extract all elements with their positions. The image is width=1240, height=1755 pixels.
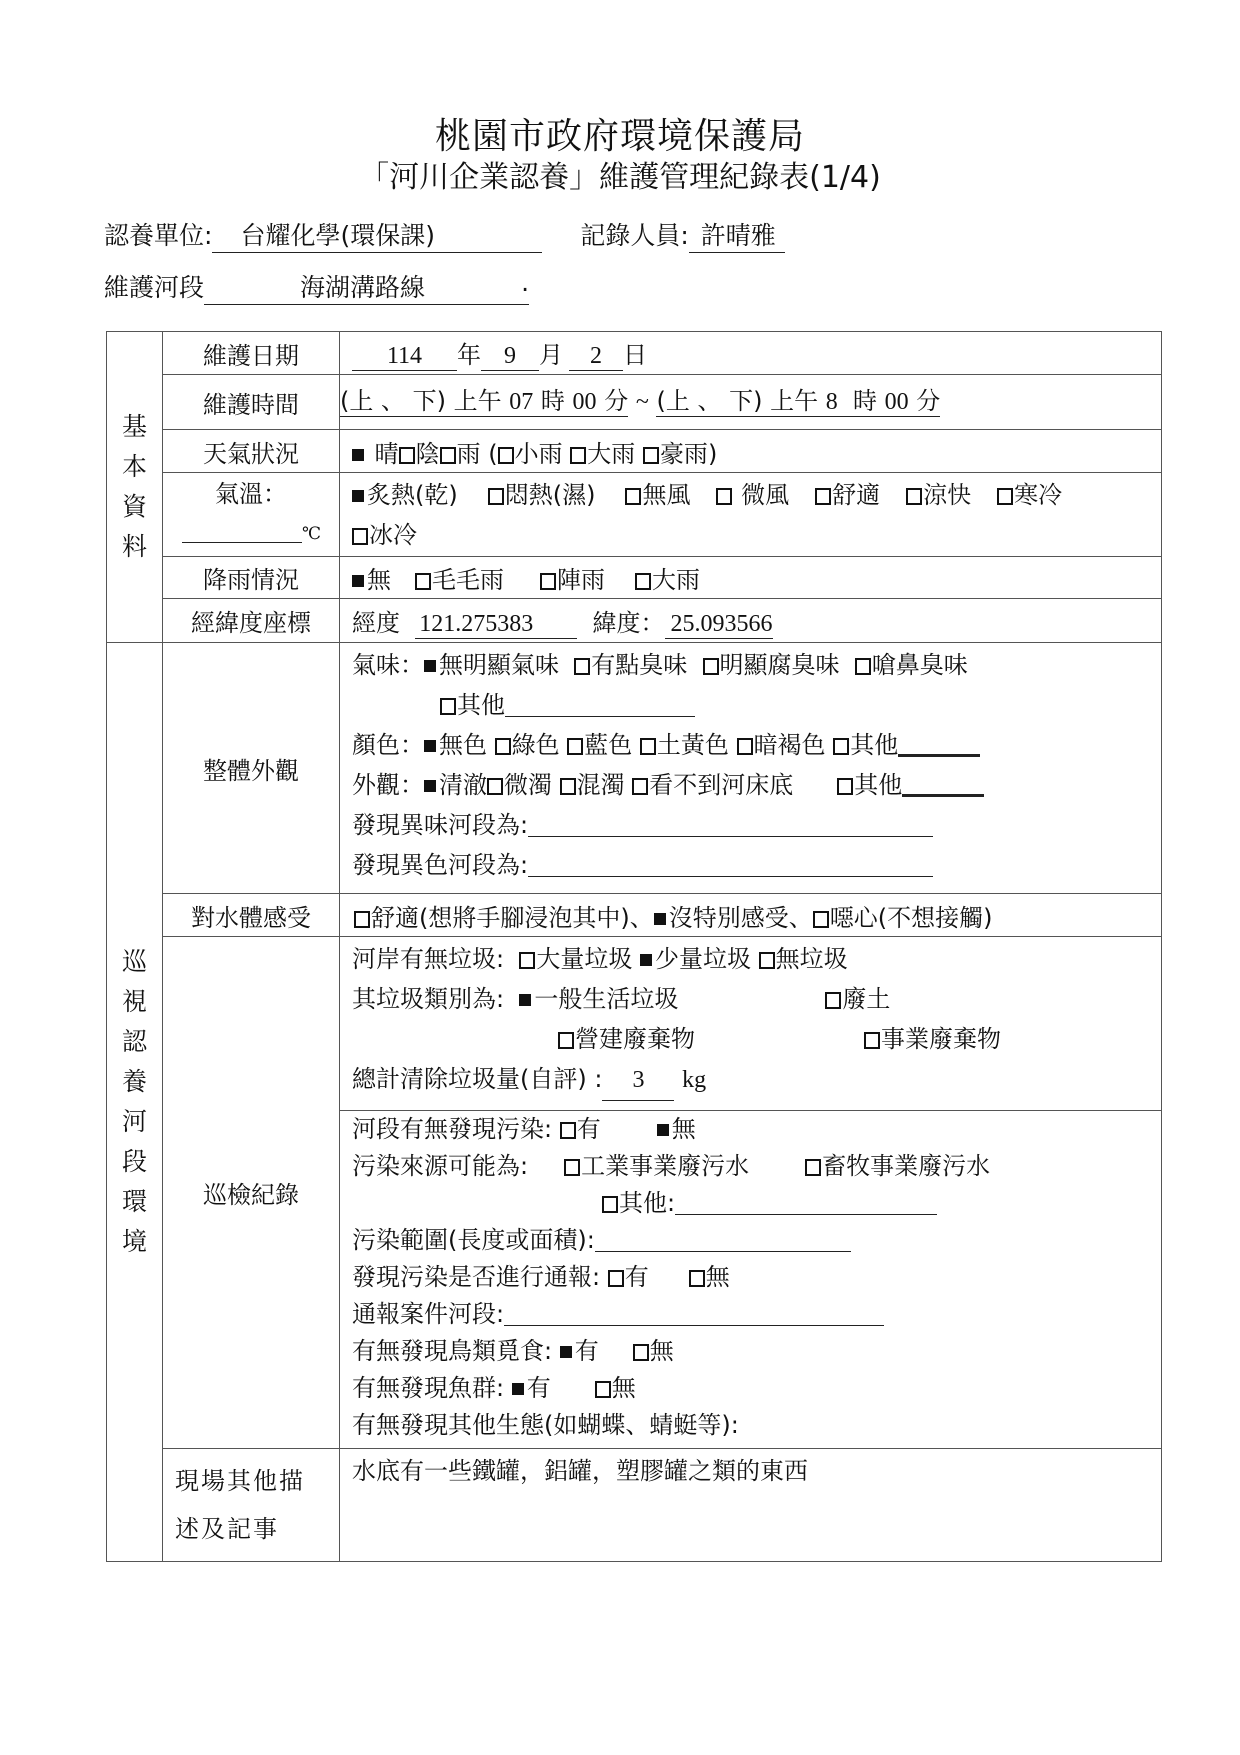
text-label: 毛毛雨 bbox=[432, 566, 504, 594]
checkbox-checked-icon bbox=[352, 490, 364, 502]
latitude-field[interactable]: 25.093566 bbox=[665, 611, 773, 639]
other-eco-label: 有無發現其他生態(如蝴蝶、蜻蜓等): bbox=[352, 1411, 739, 1439]
layout-element: 河段有無發現污染: 有無 bbox=[352, 1111, 1149, 1148]
text-label: 外觀： bbox=[352, 771, 424, 799]
layout-element: 其他: bbox=[352, 1185, 1149, 1222]
look-other[interactable]: 其他 bbox=[837, 771, 902, 799]
report-section-input[interactable] bbox=[504, 1299, 884, 1326]
checkbox-unchecked-icon bbox=[564, 1159, 580, 1176]
checkbox-unchecked-icon bbox=[633, 1344, 649, 1361]
text-label: 綠色 bbox=[512, 731, 560, 759]
text-label: 有無發現鳥類覓食: bbox=[352, 1337, 552, 1365]
rain-none[interactable]: 無 bbox=[352, 566, 391, 594]
text-label: 無 bbox=[706, 1263, 730, 1291]
text-label: 料 bbox=[119, 527, 150, 567]
layout-element: 發現污染是否進行通報: 有無 bbox=[352, 1259, 1149, 1296]
text-label: 年 bbox=[457, 341, 481, 369]
checkbox-unchecked-icon bbox=[640, 738, 656, 755]
text-label: 月 bbox=[539, 341, 563, 369]
text-label: 日 bbox=[623, 341, 647, 369]
pollution-no[interactable]: 無 bbox=[657, 1115, 696, 1143]
text-label: 混濁 bbox=[577, 771, 625, 799]
text-label: 境 bbox=[119, 1222, 150, 1262]
unit-label: 認養單位: bbox=[104, 221, 212, 250]
text-label: 營建廢棄物 bbox=[575, 1025, 695, 1053]
text-label: 事業廢棄物 bbox=[881, 1025, 1001, 1053]
text-label: ~ bbox=[636, 389, 649, 415]
checkbox-unchecked-icon bbox=[833, 738, 849, 755]
color-green[interactable]: 綠色 bbox=[495, 731, 560, 759]
report-yes[interactable]: 有 bbox=[608, 1263, 649, 1291]
fish-no[interactable]: 無 bbox=[595, 1374, 636, 1402]
text-label: 其他 bbox=[850, 731, 898, 759]
layout-element: 炙熱(乾)悶熱(濕)無風 微風舒適涼快寒冷 bbox=[352, 475, 1149, 515]
patrol-group-label: 巡視認養河段環境 bbox=[107, 643, 163, 1562]
text-label: 有 bbox=[625, 1263, 649, 1291]
checkbox-unchecked bbox=[440, 447, 456, 464]
layout-element: 發現異味河段為: bbox=[352, 805, 1149, 845]
river-section-label: 維護河段 bbox=[104, 273, 204, 302]
rain-drizzle[interactable]: 毛毛雨 bbox=[415, 566, 504, 594]
text-label: 發現異味河段為: bbox=[352, 811, 528, 839]
text-label[interactable]: 114 bbox=[352, 343, 457, 371]
text-label: 海湖溝路線 bbox=[300, 273, 425, 302]
checkbox-unchecked bbox=[399, 447, 415, 464]
text-label: 有無發現魚群: bbox=[352, 1374, 504, 1402]
checkbox-checked-icon bbox=[352, 575, 364, 587]
text-label: 基 bbox=[119, 407, 150, 447]
look-other-input[interactable] bbox=[902, 768, 984, 797]
color-other-input[interactable] bbox=[898, 728, 980, 757]
appearance-label: 整體外觀 bbox=[163, 643, 340, 894]
text-label: ( bbox=[488, 440, 497, 468]
text-label: 無明顯氣味 bbox=[439, 651, 559, 679]
text-label: 冰冷 bbox=[369, 521, 417, 549]
checkbox-unchecked-icon bbox=[519, 952, 535, 969]
text-label: 時 bbox=[541, 387, 565, 415]
temp-cold[interactable]: 寒冷 bbox=[997, 481, 1062, 509]
temp-muggy[interactable]: 悶熱(濕) bbox=[488, 481, 596, 509]
text-label: (上 、 下) 上午 bbox=[656, 387, 818, 415]
checkbox-checked-icon bbox=[657, 1124, 669, 1136]
checkbox-unchecked-icon bbox=[716, 488, 732, 505]
weather-options: 晴陰雨 (小雨 大雨 豪雨) bbox=[340, 430, 1162, 473]
checkbox-unchecked-icon bbox=[635, 573, 651, 590]
temperature-label: 氣溫： ℃ bbox=[163, 473, 340, 557]
layout-element: 污染來源可能為:工業事業廢污水畜牧事業廢污水 bbox=[352, 1148, 1149, 1185]
text-label: 污染來源可能為: bbox=[352, 1152, 528, 1180]
time-label: 維護時間 bbox=[163, 375, 340, 430]
color-blue[interactable]: 藍色 bbox=[567, 731, 632, 759]
layout-element: 其他 bbox=[352, 685, 1149, 725]
layout-element: 現場其他描 述及記事 水底有一些鐵罐，鋁罐，塑膠罐之類的東西 bbox=[107, 1449, 1162, 1562]
weather-label: 天氣狀況 bbox=[163, 430, 340, 473]
text-label: 無色 bbox=[439, 731, 487, 759]
temp-cool[interactable]: 涼快 bbox=[906, 481, 971, 509]
layout-element: 氣味：無明顯氣味 有點臭味 明顯腐臭味 嗆鼻臭味 bbox=[352, 645, 1149, 685]
birds-yes[interactable]: 有 bbox=[560, 1337, 599, 1365]
text-label: 時 bbox=[853, 387, 877, 415]
trash-small[interactable]: 少量垃圾 bbox=[640, 945, 751, 973]
text-label: 、 bbox=[789, 904, 813, 932]
source-industrial[interactable]: 工業事業廢污水 bbox=[564, 1152, 749, 1180]
checkbox-unchecked-icon bbox=[815, 488, 831, 505]
text-label: 氣溫： bbox=[175, 477, 327, 511]
notes-field[interactable]: 水底有一些鐵罐，鋁罐，塑膠罐之類的東西 bbox=[340, 1449, 1162, 1562]
text-label: 微濁 bbox=[504, 771, 552, 799]
odd-smell-section-input[interactable] bbox=[528, 810, 933, 837]
layout-element: 經緯度座標 經度 121.275383 緯度：25.093566 bbox=[107, 599, 1162, 643]
birds-no[interactable]: 無 bbox=[633, 1337, 674, 1365]
text-label: 許晴雅 bbox=[701, 221, 776, 250]
text-label: 緯度： bbox=[593, 609, 665, 637]
text-label: 一般生活垃圾 bbox=[534, 985, 678, 1013]
checkbox-checked bbox=[352, 449, 364, 461]
checkbox-unchecked-icon bbox=[567, 738, 583, 755]
layout-element: 天氣狀況 晴陰雨 (小雨 大雨 豪雨) bbox=[107, 430, 1162, 473]
meta-row-unit: 認養單位:台耀化學(環保課) 記錄人員:許晴雅 bbox=[104, 216, 785, 253]
checkbox-unchecked-icon bbox=[864, 1032, 880, 1049]
date-label: 維護日期 bbox=[163, 332, 340, 375]
trash-type-industrial[interactable]: 事業廢棄物 bbox=[864, 1025, 1001, 1053]
text-label: 無 bbox=[672, 1115, 696, 1143]
text-label: 暗褐色 bbox=[754, 731, 826, 759]
text-label: 工業事業廢污水 bbox=[581, 1152, 749, 1180]
text-label: 資 bbox=[119, 487, 150, 527]
smell-rotten[interactable]: 明顯腐臭味 bbox=[703, 651, 840, 679]
source-other[interactable]: 其他: bbox=[602, 1189, 675, 1217]
layout-element: ℃ bbox=[175, 511, 327, 554]
smell-other[interactable]: 其他 bbox=[440, 691, 505, 719]
text-label: 無 bbox=[650, 1337, 674, 1365]
text-label: 、 bbox=[630, 904, 654, 932]
checkbox-unchecked-icon bbox=[495, 738, 511, 755]
pollution-yes[interactable]: 有 bbox=[560, 1115, 601, 1143]
checkbox-unchecked-icon bbox=[354, 911, 370, 928]
text-label: 述及記事 bbox=[175, 1505, 327, 1553]
text-label: 水底有一些鐵罐，鋁罐，塑膠罐之類的東西 bbox=[352, 1451, 1149, 1491]
text-label[interactable]: 2 bbox=[569, 343, 623, 371]
text-label: 明顯腐臭味 bbox=[720, 651, 840, 679]
longitude-field[interactable]: 121.275383 bbox=[415, 611, 577, 639]
end-time[interactable]: (上 、 下) 上午 8 時 00 分 bbox=[656, 381, 940, 417]
text-label: 「河川企業認養」維護管理紀錄表(1/4) bbox=[359, 160, 881, 195]
checkbox-unchecked-icon bbox=[415, 573, 431, 590]
text-label: 顏色： bbox=[352, 731, 424, 759]
odd-color-section-input[interactable] bbox=[528, 850, 933, 877]
feeling-neutral[interactable]: 沒特別感受 bbox=[654, 904, 789, 932]
text-label: 微風 bbox=[741, 481, 789, 509]
layout-element: 維護時間 (上 、 下) 上午 07 時 00 分 ~ (上 、 下) 上午 8… bbox=[107, 375, 1162, 430]
text-label: 污染範圍(長度或面積): bbox=[352, 1226, 595, 1254]
text-label: 有 bbox=[575, 1337, 599, 1365]
checkbox-unchecked-icon bbox=[602, 1196, 618, 1213]
river-section-field[interactable]: 海湖溝路線. bbox=[204, 268, 529, 305]
checkbox-unchecked-icon bbox=[625, 488, 641, 505]
text-label: 發現污染是否進行通報: bbox=[352, 1263, 600, 1291]
rainfall-options: 無毛毛雨陣雨大雨 bbox=[340, 557, 1162, 599]
layout-element: 顏色：無色 綠色 藍色 土黃色 暗褐色 其他 bbox=[352, 725, 1149, 765]
weather-heavy-rain[interactable]: 大雨 bbox=[570, 440, 635, 468]
checkbox-unchecked-icon bbox=[487, 778, 503, 795]
text-label: 07 bbox=[509, 389, 533, 415]
checkbox-checked-icon bbox=[512, 1383, 524, 1395]
text-label: 分 bbox=[604, 387, 628, 415]
temp-breeze[interactable]: 微風 bbox=[716, 481, 789, 509]
trash-none[interactable]: 無垃圾 bbox=[759, 945, 848, 973]
checkbox-unchecked-icon bbox=[759, 952, 775, 969]
checkbox-unchecked bbox=[498, 447, 514, 464]
text-label: 無 bbox=[367, 566, 391, 594]
layout-element: 外觀：清澈微濁 混濁 看不到河床底其他 bbox=[352, 765, 1149, 805]
checkbox-checked-icon bbox=[640, 954, 652, 966]
feeling-options: 舒適(想將手腳浸泡其中)、沒特別感受、噁心(不想接觸) bbox=[340, 894, 1162, 937]
checkbox-unchecked-icon bbox=[997, 488, 1013, 505]
text-label: kg bbox=[682, 1067, 706, 1093]
text-label: 有 bbox=[527, 1374, 551, 1402]
source-other-input[interactable] bbox=[675, 1188, 937, 1215]
text-label: 豪雨 bbox=[660, 440, 708, 468]
weather-torrential-rain[interactable]: 豪雨 bbox=[643, 440, 708, 468]
checkbox-unchecked-icon bbox=[488, 488, 504, 505]
form-title: 「河川企業認養」維護管理紀錄表(1/4) bbox=[0, 152, 1240, 196]
text-label: 其他: bbox=[619, 1189, 675, 1217]
time-field[interactable]: (上 、 下) 上午 07 時 00 分 ~ (上 、 下) 上午 8 時 00… bbox=[340, 375, 1162, 430]
coords-field: 經度 121.275383 緯度：25.093566 bbox=[340, 599, 1162, 643]
checkbox-unchecked-icon bbox=[689, 1270, 705, 1287]
pollution-section: 河段有無發現污染: 有無 污染來源可能為:工業事業廢污水畜牧事業廢污水 其他: … bbox=[340, 1111, 1162, 1449]
recorder-label: 記錄人員: bbox=[580, 221, 688, 250]
layout-element: 有無發現鳥類覓食: 有無 bbox=[352, 1333, 1149, 1370]
text-label: 經度 bbox=[352, 609, 400, 637]
layout-element: 基本資料 維護日期 114年9月 2日 維護時間 (上 、 下) 上午 07 時… bbox=[107, 332, 1162, 1562]
smell-none[interactable]: 無明顯氣味 bbox=[424, 651, 559, 679]
layout-element: 總計清除垃圾量(自評) :3 kg bbox=[352, 1059, 1149, 1099]
feeling-disgusted[interactable]: 噁心(不想接觸) bbox=[813, 904, 993, 932]
layout-element: 巡檢紀錄 河岸有無垃圾: 大量垃圾 少量垃圾 無垃圾 其垃圾類別為: 一般生活垃… bbox=[107, 937, 1162, 1111]
start-time[interactable]: (上 、 下) 上午 07 時 00 分 bbox=[340, 381, 628, 417]
checkbox-unchecked-icon bbox=[805, 1159, 821, 1176]
text-label: 8 bbox=[826, 389, 838, 415]
color-other[interactable]: 其他 bbox=[833, 731, 898, 759]
checkbox-unchecked-icon bbox=[737, 738, 753, 755]
notes-label: 現場其他描 述及記事 bbox=[163, 1449, 340, 1562]
checkbox-unchecked-icon bbox=[440, 698, 456, 715]
text-label: 環 bbox=[119, 1182, 150, 1222]
layout-element: 其垃圾類別為: 一般生活垃圾廢土 bbox=[352, 979, 1149, 1019]
checkbox-checked-icon bbox=[560, 1346, 572, 1358]
text-label: 陣雨 bbox=[557, 566, 605, 594]
text-label: 台耀化學(環保課) bbox=[240, 221, 435, 250]
text-label: ℃ bbox=[302, 524, 321, 543]
text-label: 發現異色河段為: bbox=[352, 851, 528, 879]
checkbox-unchecked-icon bbox=[825, 992, 841, 1009]
checkbox-checked-icon bbox=[654, 913, 666, 925]
layout-element: 氣溫： ℃ 炙熱(乾)悶熱(濕)無風 微風舒適涼快寒冷 冰冷 bbox=[107, 473, 1162, 557]
checkbox-unchecked-icon bbox=[352, 528, 368, 545]
layout-element: 河岸有無垃圾: 大量垃圾 少量垃圾 無垃圾 bbox=[352, 939, 1149, 979]
checkbox-unchecked-icon bbox=[558, 1032, 574, 1049]
checkbox-unchecked-icon bbox=[574, 658, 590, 675]
text-label: 認 bbox=[119, 1022, 150, 1062]
text-label: 河 bbox=[119, 1102, 150, 1142]
smell-pungent[interactable]: 嗆鼻臭味 bbox=[855, 651, 968, 679]
trash-large[interactable]: 大量垃圾 bbox=[519, 945, 632, 973]
text-label: 本 bbox=[119, 447, 150, 487]
text-label: 養 bbox=[119, 1062, 150, 1102]
smell-other-input[interactable] bbox=[505, 690, 695, 717]
text-label: 段 bbox=[119, 1142, 150, 1182]
checkbox-unchecked-icon bbox=[906, 488, 922, 505]
text-label: 悶熱(濕) bbox=[505, 481, 596, 509]
text-label: 通報案件河段: bbox=[352, 1300, 504, 1328]
feeling-comfortable[interactable]: 舒適(想將手腳浸泡其中) bbox=[354, 904, 630, 932]
coords-label: 經緯度座標 bbox=[163, 599, 340, 643]
text-label: 雨 bbox=[457, 440, 481, 468]
temp-no-wind[interactable]: 無風 bbox=[625, 481, 690, 509]
report-no[interactable]: 無 bbox=[689, 1263, 730, 1291]
checkbox-unchecked-icon bbox=[837, 778, 853, 795]
temp-freezing[interactable]: 冰冷 bbox=[352, 521, 417, 549]
text-label: 晴 bbox=[375, 440, 399, 468]
layout-element: 營建廢棄物事業廢棄物 bbox=[352, 1019, 1149, 1059]
checkbox-unchecked-icon bbox=[595, 1381, 611, 1398]
meta-row-section: 維護河段海湖溝路線. bbox=[104, 268, 529, 305]
look-slightly-turbid[interactable]: 微濁 bbox=[487, 771, 552, 799]
date-field[interactable]: 114年9月 2日 bbox=[340, 332, 1162, 375]
checkbox-unchecked bbox=[570, 447, 586, 464]
text-label: 土黃色 bbox=[657, 731, 729, 759]
checkbox-unchecked-icon bbox=[608, 1270, 624, 1287]
text-label: 有點臭味 bbox=[591, 651, 687, 679]
unit-field[interactable]: 台耀化學(環保課) bbox=[212, 216, 542, 253]
checkbox-unchecked-icon bbox=[560, 1122, 576, 1139]
inspection-label: 巡檢紀錄 bbox=[163, 937, 340, 1449]
text-label: 視 bbox=[119, 982, 150, 1022]
text-label: 大量垃圾 bbox=[536, 945, 632, 973]
trash-type-household[interactable]: 一般生活垃圾 bbox=[519, 979, 825, 1019]
weather-cloudy[interactable]: 陰 bbox=[399, 440, 440, 468]
text-label: 小雨 bbox=[515, 440, 563, 468]
appearance-options: 氣味：無明顯氣味 有點臭味 明顯腐臭味 嗆鼻臭味 其他 顏色：無色 綠色 藍色 … bbox=[340, 643, 1162, 894]
text-label: 巡 bbox=[119, 942, 150, 982]
smell-slight[interactable]: 有點臭味 bbox=[574, 651, 687, 679]
recorder-field[interactable]: 許晴雅 bbox=[689, 216, 785, 253]
text-label: 少量垃圾 bbox=[655, 945, 751, 973]
weather-sunny[interactable]: 晴 bbox=[352, 440, 399, 468]
layout-element: 降雨情況 無毛毛雨陣雨大雨 bbox=[107, 557, 1162, 599]
layout-element: 發現異色河段為: bbox=[352, 845, 1149, 885]
pollution-range-input[interactable] bbox=[595, 1225, 851, 1252]
layout-element: 污染範圍(長度或面積): bbox=[352, 1222, 1149, 1259]
text-label: 大雨 bbox=[652, 566, 700, 594]
text-label: 舒適(想將手腳浸泡其中) bbox=[371, 904, 630, 932]
text-label[interactable]: 9 bbox=[481, 343, 539, 371]
text-label: 其他 bbox=[457, 691, 505, 719]
text-label: 無 bbox=[612, 1374, 636, 1402]
text-label: 氣味： bbox=[352, 651, 424, 679]
text-label: 涼快 bbox=[923, 481, 971, 509]
text-label: 其垃圾類別為: bbox=[352, 985, 504, 1013]
text-label: 00 bbox=[885, 389, 909, 415]
text-label: 無垃圾 bbox=[776, 945, 848, 973]
trash-amount-field[interactable]: 3 bbox=[602, 1060, 674, 1101]
text-label: 河岸有無垃圾: bbox=[352, 945, 504, 973]
text-label: 清澈 bbox=[439, 771, 487, 799]
text-label: 藍色 bbox=[584, 731, 632, 759]
temperature-options: 炙熱(乾)悶熱(濕)無風 微風舒適涼快寒冷 冰冷 bbox=[340, 473, 1162, 557]
text-label: ) bbox=[708, 440, 717, 468]
text-label: 畜牧事業廢污水 bbox=[822, 1152, 990, 1180]
text-label: 噁心(不想接觸) bbox=[830, 904, 993, 932]
color-dark-brown[interactable]: 暗褐色 bbox=[737, 731, 826, 759]
text-label: 河段有無發現污染: bbox=[352, 1115, 552, 1143]
text-label: 舒適 bbox=[832, 481, 880, 509]
color-yellow[interactable]: 土黃色 bbox=[640, 731, 729, 759]
text-label: 其他 bbox=[854, 771, 902, 799]
text-label: 大雨 bbox=[587, 440, 635, 468]
layout-element: 對水體感受 舒適(想將手腳浸泡其中)、沒特別感受、噁心(不想接觸) bbox=[107, 894, 1162, 937]
text-label: 沒特別感受 bbox=[669, 904, 789, 932]
temperature-input[interactable] bbox=[182, 516, 302, 543]
layout-element: 通報案件河段: bbox=[352, 1296, 1149, 1333]
layout-element: 冰冷 bbox=[352, 515, 1149, 555]
rain-heavy[interactable]: 大雨 bbox=[635, 566, 700, 594]
layout-element: 有無發現魚群: 有無 bbox=[352, 1370, 1149, 1407]
text-label: 總計清除垃圾量(自評) : bbox=[352, 1065, 602, 1093]
look-clear[interactable]: 清澈 bbox=[424, 771, 487, 799]
feeling-label: 對水體感受 bbox=[163, 894, 340, 937]
trash-type-soil[interactable]: 廢土 bbox=[825, 985, 890, 1013]
fish-yes[interactable]: 有 bbox=[512, 1374, 551, 1402]
rainfall-label: 降雨情況 bbox=[163, 557, 340, 599]
checkbox-unchecked-icon bbox=[855, 658, 871, 675]
temp-comfortable[interactable]: 舒適 bbox=[815, 481, 880, 509]
temp-scorching[interactable]: 炙熱(乾) bbox=[352, 481, 458, 509]
checkbox-unchecked-icon bbox=[540, 573, 556, 590]
text-label: 廢土 bbox=[842, 985, 890, 1013]
trash-type-construction[interactable]: 營建廢棄物 bbox=[558, 1019, 864, 1059]
checkbox-unchecked-icon bbox=[632, 778, 648, 795]
layout-element: 有無發現其他生態(如蝴蝶、蜻蜓等): bbox=[352, 1407, 1149, 1444]
checkbox-unchecked bbox=[643, 447, 659, 464]
text-label: 無風 bbox=[642, 481, 690, 509]
checkbox-unchecked-icon bbox=[703, 658, 719, 675]
trash-section: 河岸有無垃圾: 大量垃圾 少量垃圾 無垃圾 其垃圾類別為: 一般生活垃圾廢土 營… bbox=[340, 937, 1162, 1111]
rain-shower[interactable]: 陣雨 bbox=[540, 566, 605, 594]
weather-light-rain[interactable]: 小雨 bbox=[498, 440, 563, 468]
text-label: 陰 bbox=[416, 440, 440, 468]
text-label: 看不到河床底 bbox=[649, 771, 793, 799]
color-none[interactable]: 無色 bbox=[424, 731, 487, 759]
text-label: 有 bbox=[577, 1115, 601, 1143]
text-label: 寒冷 bbox=[1014, 481, 1062, 509]
maintenance-record-table: 基本資料 維護日期 114年9月 2日 維護時間 (上 、 下) 上午 07 時… bbox=[106, 331, 1162, 1562]
text-label: 炙熱(乾) bbox=[367, 481, 458, 509]
checkbox-unchecked-icon bbox=[813, 911, 829, 928]
checkbox-unchecked-icon bbox=[560, 778, 576, 795]
basic-info-group-label: 基本資料 bbox=[107, 332, 163, 643]
text-label: (上 、 下) 上午 bbox=[340, 387, 502, 415]
look-no-riverbed[interactable]: 看不到河床底 bbox=[632, 771, 793, 799]
layout-element: 巡視認養河段環境 整體外觀 氣味：無明顯氣味 有點臭味 明顯腐臭味 嗆鼻臭味 其… bbox=[107, 643, 1162, 894]
checkbox-checked-icon bbox=[424, 780, 436, 792]
checkbox-checked-icon bbox=[424, 660, 436, 672]
weather-rain[interactable]: 雨 bbox=[440, 440, 481, 468]
text-label: 分 bbox=[916, 387, 940, 415]
look-turbid[interactable]: 混濁 bbox=[560, 771, 625, 799]
source-livestock[interactable]: 畜牧事業廢污水 bbox=[805, 1152, 990, 1180]
